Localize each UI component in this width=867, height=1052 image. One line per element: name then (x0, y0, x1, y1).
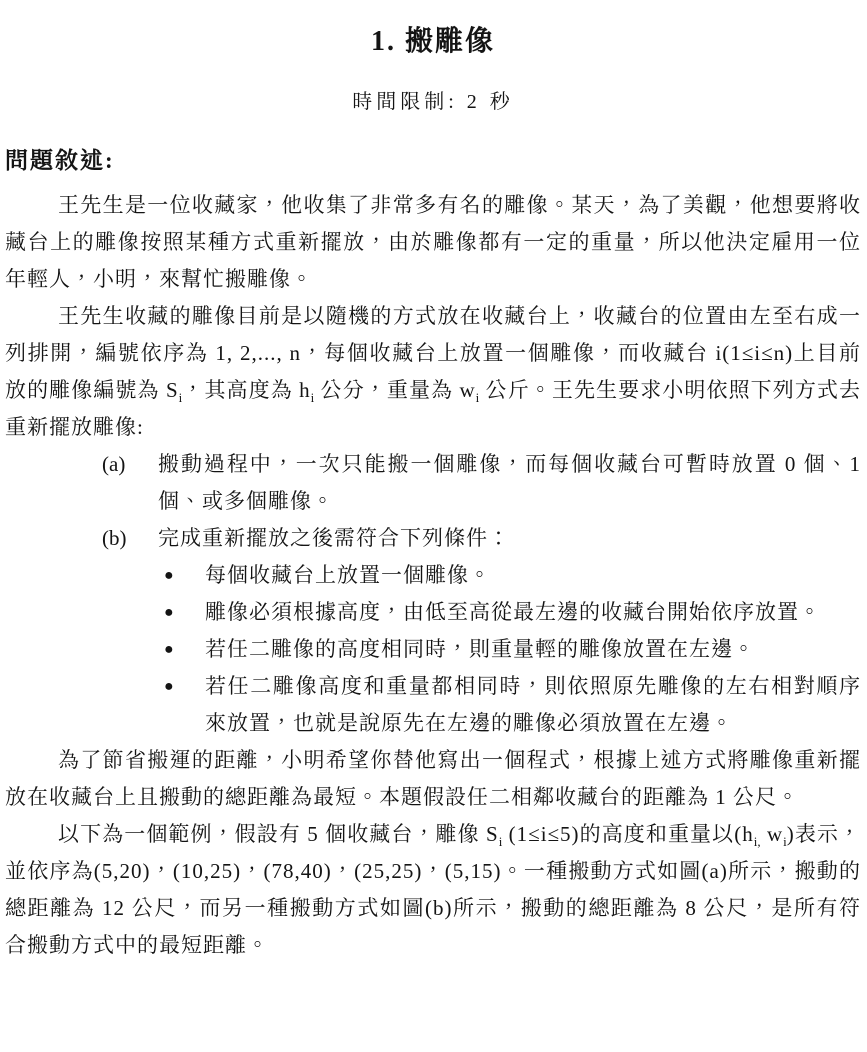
page-title: 1. 搬雕像 (5, 22, 861, 62)
example-text-run: 以下為一個範例，假設有 5 個收藏台，雕像 S (58, 822, 499, 846)
bullet-icon: ● (164, 631, 205, 668)
list-item-a-text: 搬動過程中，一次只能搬一個雕像，而每個收藏台可暫時放置 0 個、1 個、或多個雕… (158, 446, 861, 520)
condition-item-4: ● 若任二雕像高度和重量都相同時，則依照原先雕像的左右相對順序來放置，也就是說原… (5, 668, 861, 742)
list-item-b-text: 完成重新擺放之後需符合下列條件： (158, 520, 861, 557)
setup-text-run: 公分，重量為 w (314, 378, 475, 402)
example-text-run: w (761, 822, 784, 846)
paragraph-example: 以下為一個範例，假設有 5 個收藏台，雕像 Si (1≤i≤5)的高度和重量以(… (5, 816, 861, 964)
condition-2-text: 雕像必須根據高度，由低至高從最左邊的收藏台開始依序放置。 (205, 594, 861, 631)
bullet-icon: ● (164, 557, 205, 594)
paragraph-setup: 王先生收藏的雕像目前是以隨機的方式放在收藏台上，收藏台的位置由左至右成一列排開，… (5, 298, 861, 446)
condition-4-text: 若任二雕像高度和重量都相同時，則依照原先雕像的左右相對順序來放置，也就是說原先在… (205, 668, 861, 742)
example-text-run: (1≤i≤5)的高度和重量以(h (502, 822, 753, 846)
paragraph-distance: 為了節省搬運的距離，小明希望你替他寫出一個程式，根據上述方式將雕像重新擺放在收藏… (5, 742, 861, 816)
subscript-i: i, (754, 834, 761, 849)
condition-item-3: ● 若任二雕像的高度相同時，則重量輕的雕像放置在左邊。 (5, 631, 861, 668)
list-marker-a: (a) (102, 446, 158, 520)
condition-1-text: 每個收藏台上放置一個雕像。 (205, 557, 861, 594)
condition-3-text: 若任二雕像的高度相同時，則重量輕的雕像放置在左邊。 (205, 631, 861, 668)
list-marker-b: (b) (102, 520, 158, 557)
list-item-b: (b) 完成重新擺放之後需符合下列條件： (5, 520, 861, 557)
list-item-a: (a) 搬動過程中，一次只能搬一個雕像，而每個收藏台可暫時放置 0 個、1 個、… (5, 446, 861, 520)
time-limit-text: 時間限制: 2 秒 (5, 84, 861, 121)
setup-text-run: ，其高度為 h (182, 378, 310, 402)
bullet-icon: ● (164, 594, 205, 631)
condition-item-2: ● 雕像必須根據高度，由低至高從最左邊的收藏台開始依序放置。 (5, 594, 861, 631)
bullet-icon: ● (164, 668, 205, 742)
condition-item-1: ● 每個收藏台上放置一個雕像。 (5, 557, 861, 594)
paragraph-intro: 王先生是一位收藏家，他收集了非常多有名的雕像。某天，為了美觀，他想要將收藏台上的… (5, 187, 861, 298)
section-heading-problem-statement: 問題敘述: (5, 145, 861, 177)
document-page: 1. 搬雕像 時間限制: 2 秒 問題敘述: 王先生是一位收藏家，他收集了非常多… (0, 0, 867, 1052)
